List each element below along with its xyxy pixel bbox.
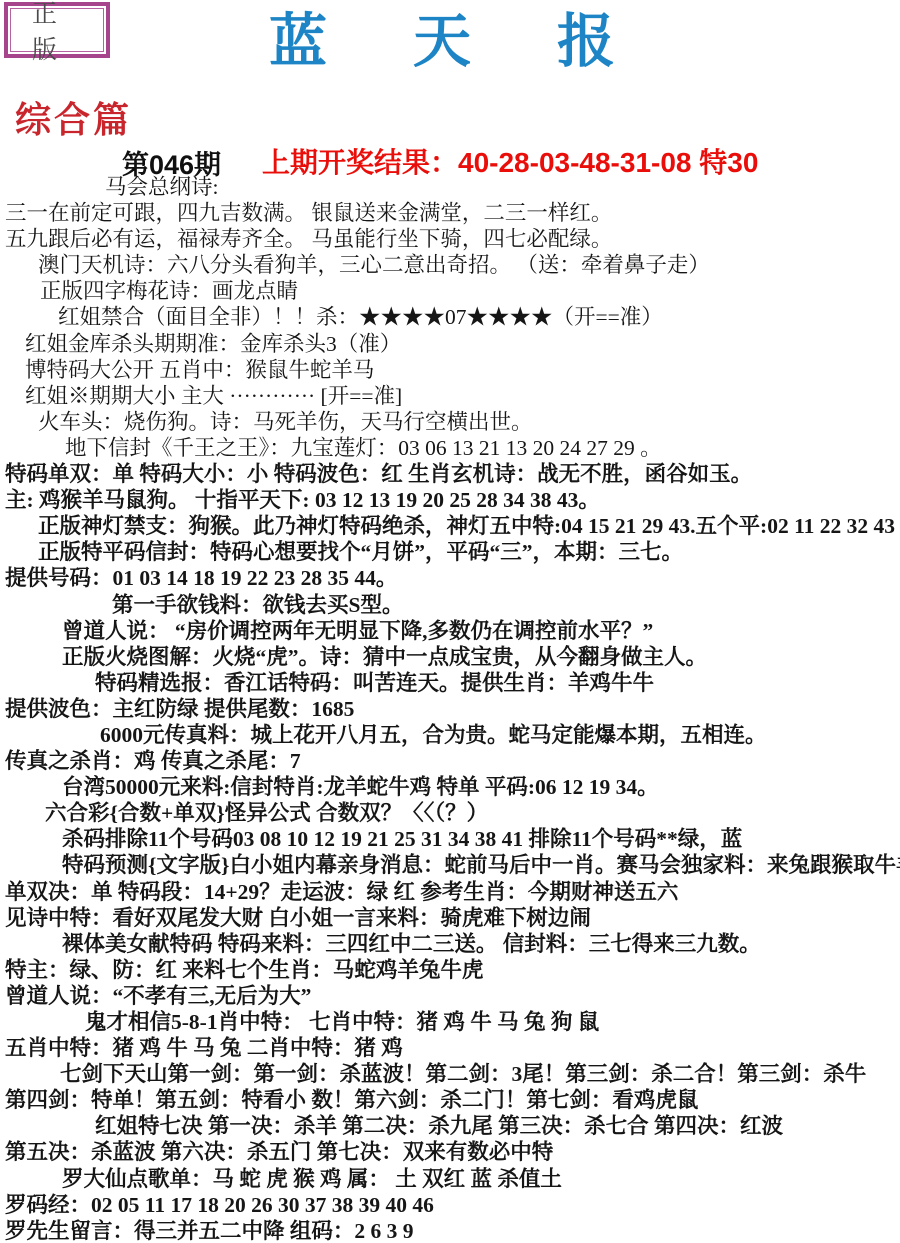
section-heading: 综合篇 <box>15 92 132 143</box>
text-line: 五肖中特：猪 鸡 牛 马 兔 二肖中特：猪 鸡 <box>0 1035 900 1061</box>
text-line: 火车头：烧伤狗。诗：马死羊伤，天马行空横出世。 <box>0 409 900 435</box>
text-line: 见诗中特：看好双尾发大财 白小姐一言来料：骑虎难下树边闹 <box>0 905 900 931</box>
text-line: 正版神灯禁支：狗猴。此乃神灯特码绝杀，神灯五中特:04 15 21 29 43.… <box>0 513 900 539</box>
text-line: 特码预测{文字版}白小姐内幕亲身消息：蛇前马后中一肖。赛马会独家料：来兔跟猴取牛… <box>0 852 900 878</box>
text-line: 罗大仙点歌单：马 蛇 虎 猴 鸡 属： 土 双红 蓝 杀值土 <box>0 1166 900 1192</box>
text-line: 地下信封《千王之王》：九宝莲灯：03 06 13 21 13 20 24 27 … <box>0 435 900 461</box>
text-line: 裸体美女献特码 特码来料：三四红中二三送。 信封料：三七得来三九数。 <box>0 931 900 957</box>
text-line: 曾道人说：“不孝有三,无后为大” <box>0 983 900 1009</box>
body-lines: 马会总纲诗:三一在前定可跟，四九吉数满。 银鼠送来金满堂，二三一样红。五九跟后必… <box>0 174 900 1243</box>
text-line: 曾道人说： “房价调控两年无明显下降,多数仍在调控前水平？” <box>0 618 900 644</box>
masthead-title: 蓝天报 <box>0 8 900 76</box>
text-line: 提供号码：01 03 14 18 19 22 23 28 35 44。 <box>0 565 900 591</box>
text-line: 六合彩{合数+单双}怪异公式 合数双？〈〈（？） <box>0 800 900 826</box>
text-line: 红姐禁合（面目全非）！！杀：★★★★07★★★★（开==准） <box>0 304 900 330</box>
text-line: 传真之杀肖：鸡 传真之杀尾：7 <box>0 748 900 774</box>
text-line: 提供波色：主红防绿 提供尾数：1685 <box>0 696 900 722</box>
text-line: 罗码经：02 05 11 17 18 20 26 30 37 38 39 40 … <box>0 1192 900 1218</box>
text-line: 特主：绿、防：红 来料七个生肖：马蛇鸡羊兔牛虎 <box>0 957 900 983</box>
text-line: 特码精选报：香江话特码：叫苦连天。提供生肖：羊鸡牛牛 <box>0 670 900 696</box>
text-line: 正版特平码信封：特码心想要找个“月饼”，平码“三”，本期：三七。 <box>0 539 900 565</box>
text-line: 罗先生留言：得三并五二中降 组码：2 6 3 9 <box>0 1218 900 1243</box>
text-line: 台湾50000元来料:信封特肖:龙羊蛇牛鸡 特单 平码:06 12 19 34。 <box>0 774 900 800</box>
text-line: 正版四字梅花诗：画龙点睛 <box>0 278 900 304</box>
text-line: 五九跟后必有运，福禄寿齐全。 马虽能行坐下骑，四七必配绿。 <box>0 226 900 252</box>
text-line: 鬼才相信5-8-1肖中特： 七肖中特：猪 鸡 牛 马 兔 狗 鼠 <box>0 1009 900 1035</box>
text-line: 红姐特七决 第一决：杀羊 第二决：杀九尾 第三决：杀七合 第四决：红波 <box>0 1113 900 1139</box>
text-line: 第一手欲钱料：欲钱去买S型。 <box>0 592 900 618</box>
text-line: 杀码排除11个号码03 08 10 12 19 21 25 31 34 38 4… <box>0 826 900 852</box>
text-line: 马会总纲诗: <box>0 174 900 200</box>
text-line: 特码单双：单 特码大小：小 特码波色：红 生肖玄机诗：战无不胜，函谷如玉。 <box>0 461 900 487</box>
newspaper-page: 正 版 蓝天报 综合篇 第046期 上期开奖结果：40-28-03-48-31-… <box>0 0 900 1243</box>
text-line: 主: 鸡猴羊马鼠狗。 十指平天下: 03 12 13 19 20 25 28 3… <box>0 487 900 513</box>
text-line: 红姐金库杀头期期准：金库杀头3（准） <box>0 331 900 357</box>
text-line: 博特码大公开 五肖中：猴鼠牛蛇羊马 <box>0 357 900 383</box>
text-line: 6000元传真料：城上花开八月五，合为贵。蛇马定能爆本期，五相连。 <box>0 722 900 748</box>
text-line: 第四剑：特单！第五剑：特看小 数！第六剑：杀二门！第七剑：看鸡虎鼠 <box>0 1087 900 1113</box>
text-line: 澳门天机诗：六八分头看狗羊，三心二意出奇招。 （送：牵着鼻子走） <box>0 252 900 278</box>
text-line: 红姐※期期大小 主大 ············ [开==准] <box>0 383 900 409</box>
text-line: 七剑下天山第一剑：第一剑：杀蓝波！第二剑：3尾！第三剑：杀二合！第三剑：杀牛 <box>0 1061 900 1087</box>
text-line: 单双决：单 特码段：14+29？走运波：绿 红 参考生肖：今期财神送五六 <box>0 879 900 905</box>
text-line: 正版火烧图解：火烧“虎”。诗：猜中一点成宝贵，从今翻身做主人。 <box>0 644 900 670</box>
text-line: 三一在前定可跟，四九吉数满。 银鼠送来金满堂，二三一样红。 <box>0 200 900 226</box>
text-line: 第五决：杀蓝波 第六决：杀五门 第七决：双来有数必中特 <box>0 1139 900 1165</box>
